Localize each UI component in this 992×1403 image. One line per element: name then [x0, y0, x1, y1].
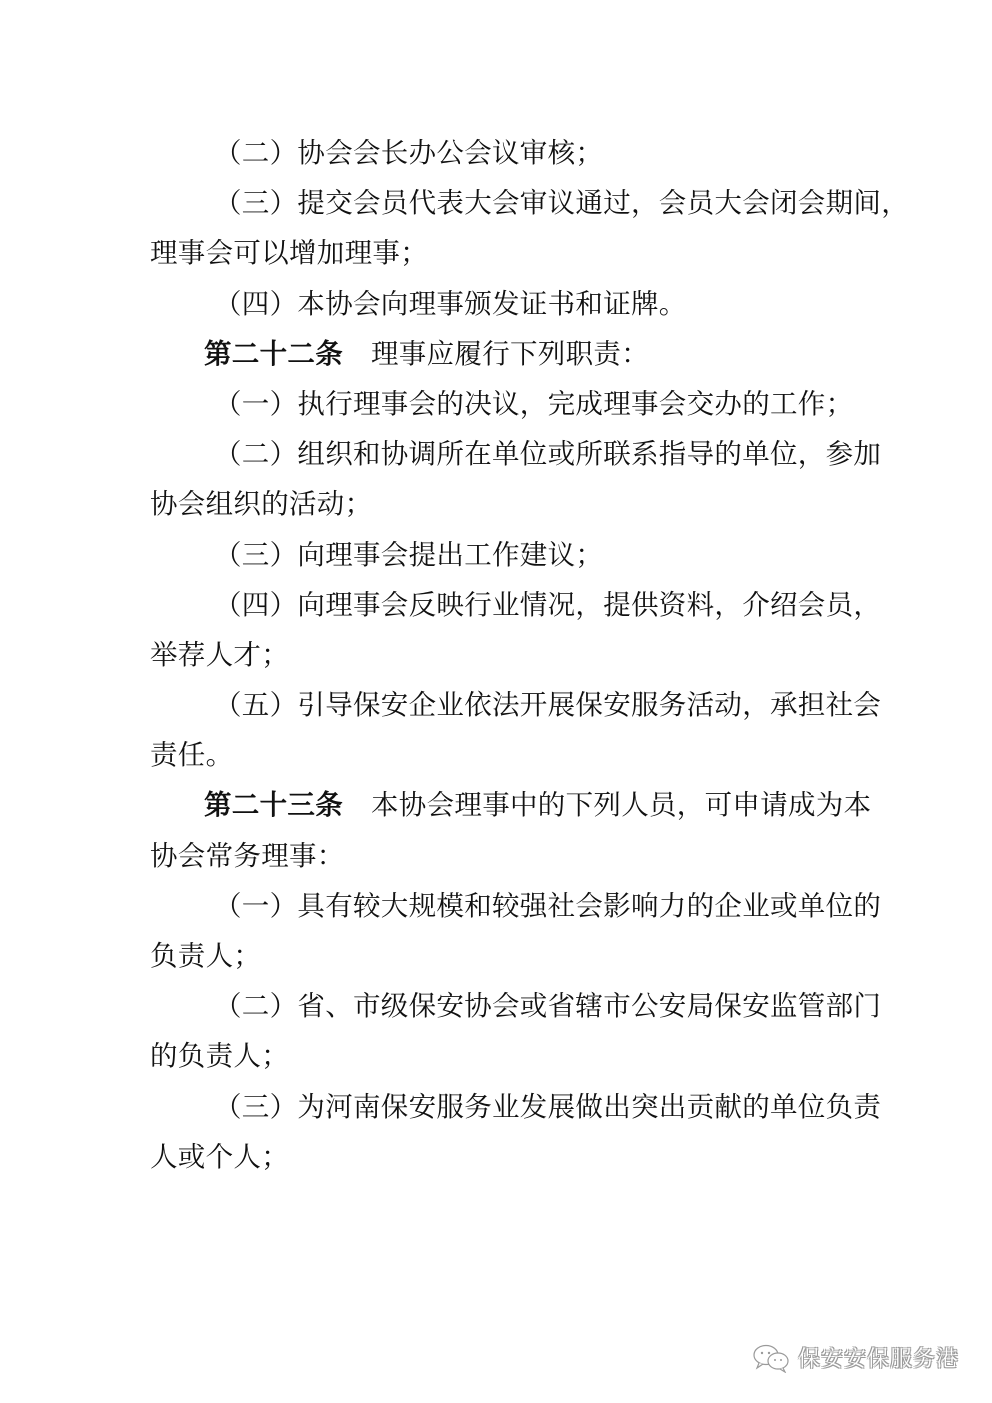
list-item: （一）执行理事会的决议，完成理事会交办的工作；	[150, 379, 850, 429]
article-continuation: 协会常务理事：	[150, 831, 850, 881]
list-item-continuation: 理事会可以增加理事；	[150, 228, 850, 278]
list-item: （四）本协会向理事颁发证书和证牌。	[150, 279, 850, 329]
list-item: （三）为河南保安服务业发展做出突出贡献的单位负责	[150, 1082, 850, 1132]
list-item: （一）具有较大规模和较强社会影响力的企业或单位的	[150, 881, 850, 931]
list-item: （二）省、市级保安协会或省辖市公安局保安监管部门	[150, 981, 850, 1031]
list-item: （二）组织和协调所在单位或所联系指导的单位，参加	[150, 429, 850, 479]
list-item: （二）协会会长办公会议审核；	[150, 128, 850, 178]
list-item-continuation: 负责人；	[150, 931, 850, 981]
article-heading: 第二十二条	[204, 338, 343, 370]
list-item-continuation: 人或个人；	[150, 1132, 850, 1182]
watermark-text: 保安安保服务港	[798, 1342, 959, 1373]
article-text: 理事应履行下列职责：	[371, 338, 649, 370]
document-page: （二）协会会长办公会议审核； （三）提交会员代表大会审议通过，会员大会闭会期间，…	[150, 128, 850, 1182]
list-item-continuation: 举荐人才；	[150, 630, 850, 680]
article-22: 第二十二条理事应履行下列职责：	[150, 329, 850, 379]
list-item: （三）提交会员代表大会审议通过，会员大会闭会期间，	[150, 178, 850, 228]
list-item-continuation: 的负责人；	[150, 1031, 850, 1081]
list-item: （四）向理事会反映行业情况，提供资料，介绍会员，	[150, 580, 850, 630]
list-item-continuation: 责任。	[150, 730, 850, 780]
list-item-continuation: 协会组织的活动；	[150, 479, 850, 529]
article-23: 第二十三条本协会理事中的下列人员，可申请成为本	[150, 780, 850, 830]
list-item: （五）引导保安企业依法开展保安服务活动，承担社会	[150, 680, 850, 730]
article-heading: 第二十三条	[204, 789, 343, 821]
article-text: 本协会理事中的下列人员，可申请成为本	[371, 789, 871, 821]
list-item: （三）向理事会提出工作建议；	[150, 530, 850, 580]
watermark: 保安安保服务港	[752, 1342, 959, 1373]
wechat-icon	[752, 1343, 792, 1373]
